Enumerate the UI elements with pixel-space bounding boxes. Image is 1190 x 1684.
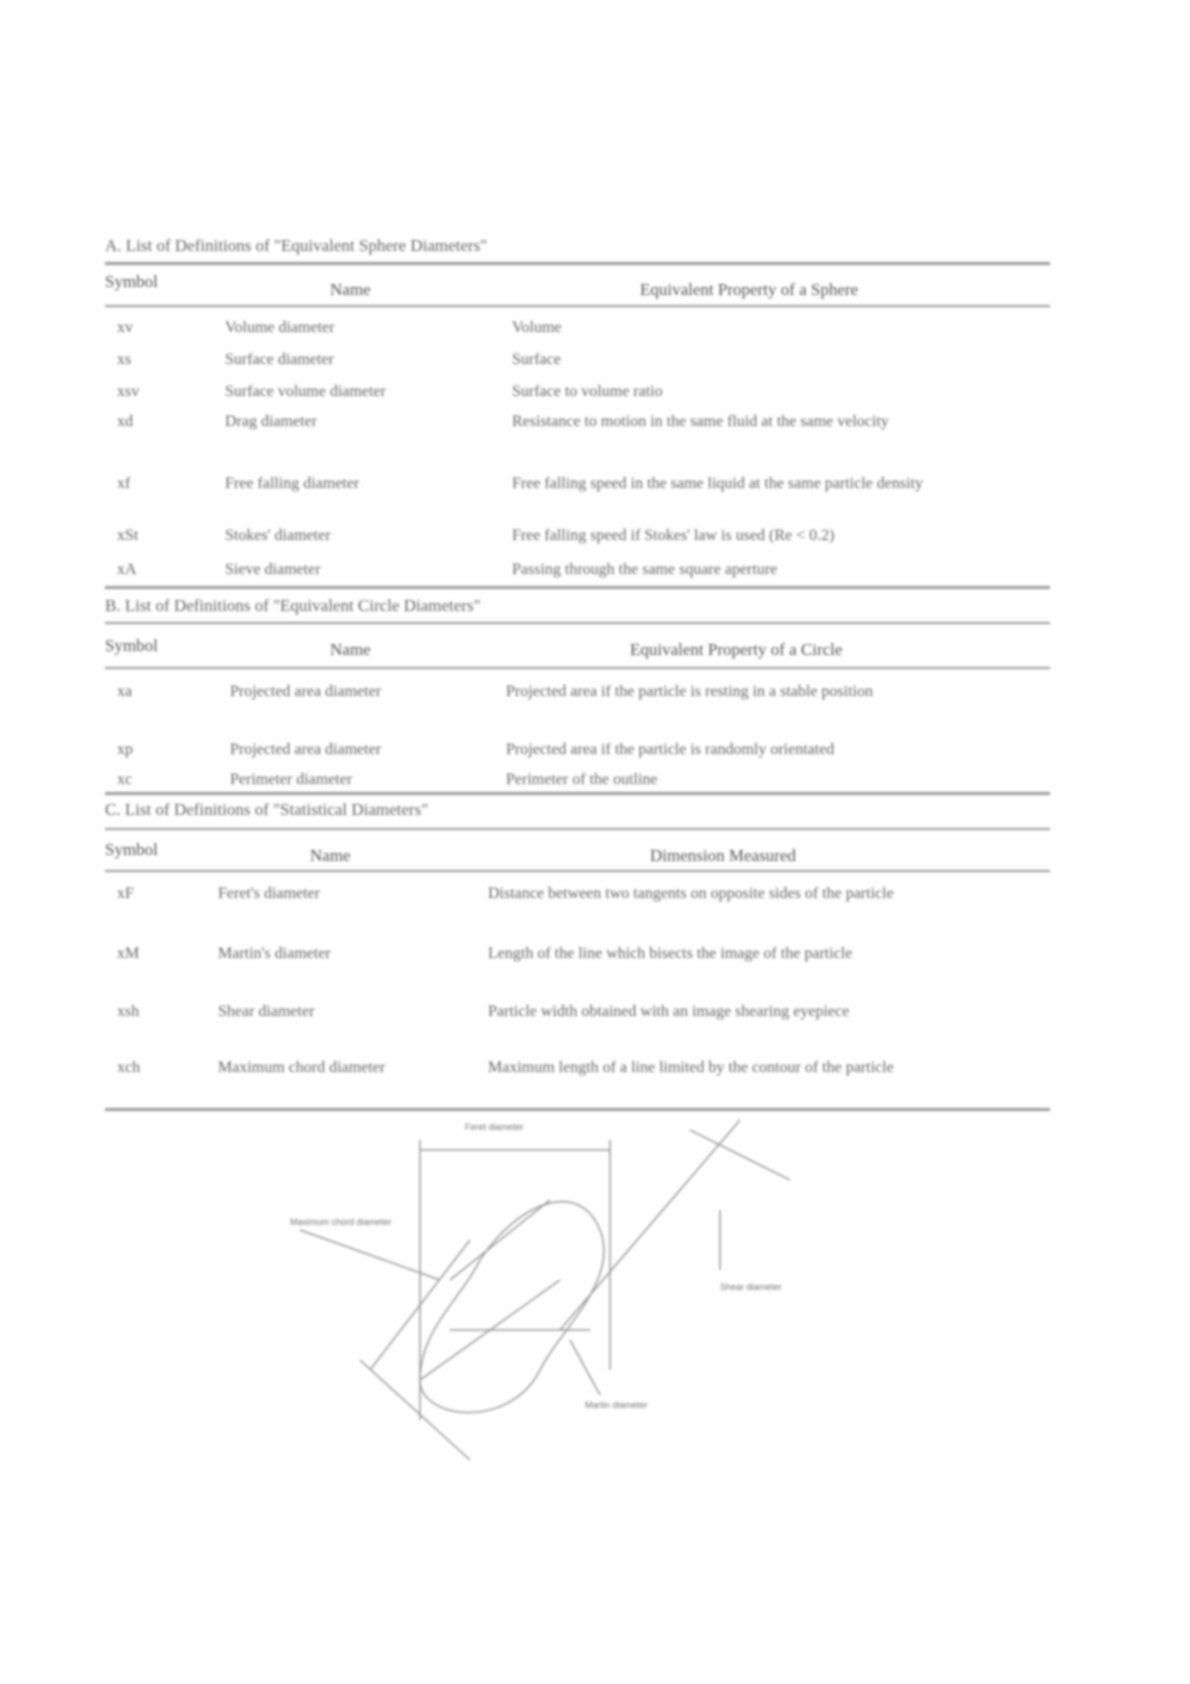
label-martin: Martin diameter	[585, 1400, 648, 1410]
label-feret: Feret diameter	[465, 1122, 524, 1132]
label-max-chord: Maximum chord diameter	[290, 1217, 392, 1227]
document-page: A. List of Definitions of "Equivalent Sp…	[0, 0, 1190, 1684]
label-shear: Shear diameter	[720, 1282, 782, 1292]
particle-diameter-diagram: Feret diameter Maximum chord diameter Sh…	[0, 0, 1190, 1684]
